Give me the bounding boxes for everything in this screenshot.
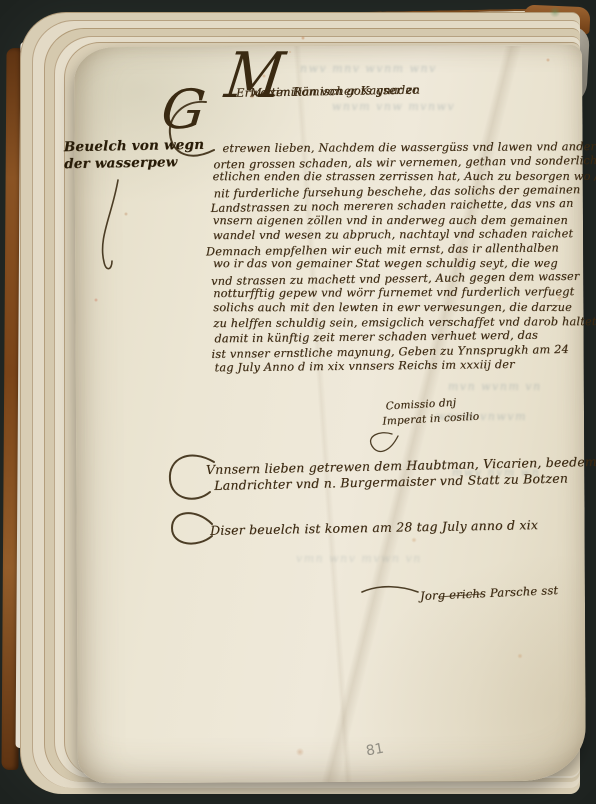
- bleedthrough-line: vmn wnv mvwn vn: [296, 552, 422, 565]
- heading-line: Maximilian von gots gnaden: [250, 83, 420, 100]
- marginal-note: Beuelch von wegn der wasserpew: [64, 137, 205, 172]
- marginal-note-line: der wasserpew: [64, 153, 205, 172]
- body-text: etrewen lieben, Nachdem die wassergüss v…: [212, 140, 596, 375]
- body-line: solichs auch mit den lewten in ewr verwe…: [213, 301, 596, 316]
- commissio-block: Comissio dnj Imperat in cosilio: [385, 395, 479, 429]
- bleedthrough-line: nwv mnv wvnm wnv: [300, 62, 437, 75]
- body-line: vnsern aigenen zöllen vnd in anderweg au…: [213, 214, 596, 229]
- body-line: etlichen enden die strassen zerrissen ha…: [213, 170, 596, 185]
- body-initial: G: [159, 78, 209, 141]
- photo-background: nwv mnv wvnm wnvwnvm vnw mvnwvmvn wvnm v…: [0, 0, 596, 804]
- bleedthrough-line: mvn wvnm vn: [448, 380, 542, 393]
- pencil-folio-number: 81: [365, 741, 385, 760]
- heading: Maximilian von gots gnaden Erwelter Römi…: [250, 83, 419, 100]
- bleedthrough-line: wnvm vnw mvnwv: [332, 100, 455, 113]
- heading-initial: M: [221, 40, 289, 113]
